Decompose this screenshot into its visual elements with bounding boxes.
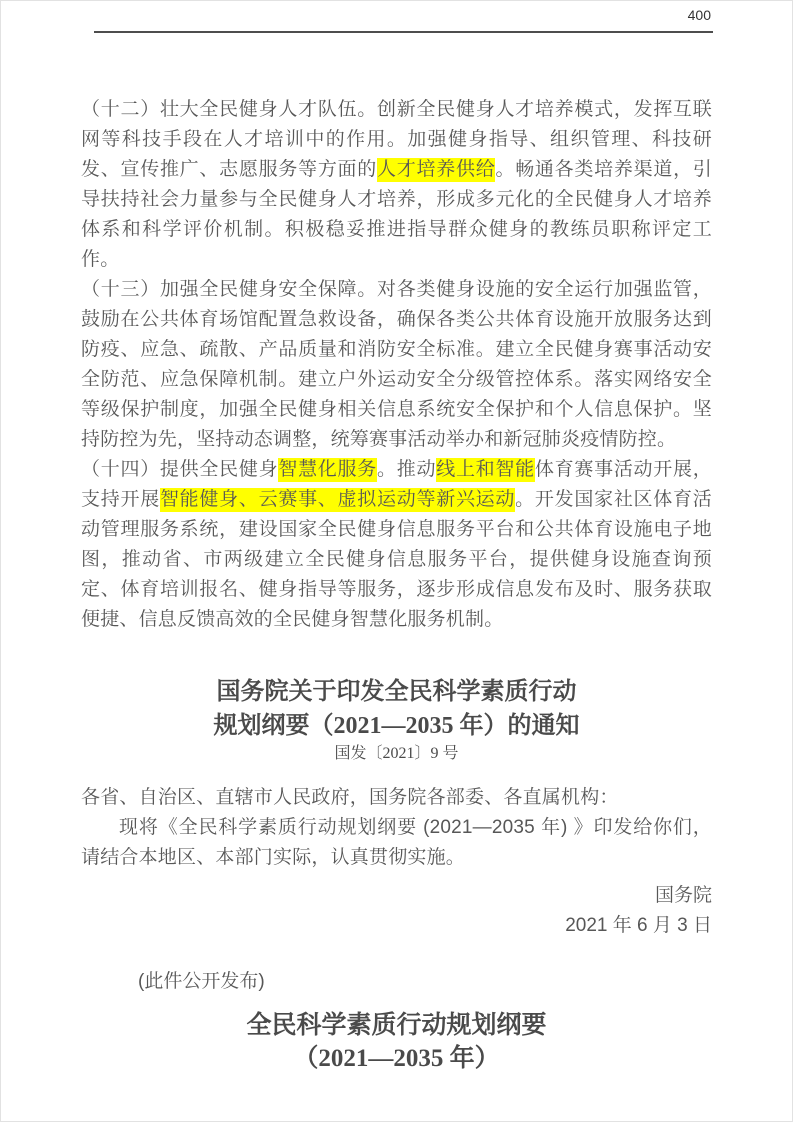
highlighted-text: 人才培养供给 bbox=[377, 158, 495, 182]
document-body: （十二）壮大全民健身人才队伍。创新全民健身人才培养模式，发挥互联网等科技手段在人… bbox=[81, 95, 712, 1075]
notice-title-line2: 规划纲要（2021—2035 年）的通知 bbox=[81, 709, 712, 743]
paragraph-item-14: （十四）提供全民健身智慧化服务。推动线上和智能体育赛事活动开展，支持开展智能健身… bbox=[81, 455, 712, 635]
document-page: 400 （十二）壮大全民健身人才队伍。创新全民健身人才培养模式，发挥互联网等科技… bbox=[0, 0, 793, 1122]
notice-salutation: 各省、自治区、直辖市人民政府，国务院各部委、各直属机构： bbox=[81, 783, 712, 813]
notice-body: 现将《全民科学素质行动规划纲要 (2021—2035 年) 》印发给你们，请结合… bbox=[81, 813, 712, 873]
attachment-title: 全民科学素质行动规划纲要 （2021—2035 年） bbox=[81, 1009, 712, 1075]
notice-title: 国务院关于印发全民科学素质行动 规划纲要（2021—2035 年）的通知 bbox=[81, 675, 712, 743]
notice-title-line1: 国务院关于印发全民科学素质行动 bbox=[81, 675, 712, 709]
paragraph-item-13: （十三）加强全民健身安全保障。对各类健身设施的安全运行加强监管，鼓励在公共体育场… bbox=[81, 275, 712, 455]
attachment-title-line2: （2021—2035 年） bbox=[81, 1042, 712, 1075]
highlighted-text: 线上和智能 bbox=[436, 458, 535, 482]
text-run: 。推动 bbox=[377, 459, 436, 480]
highlighted-text: 智能健身、云赛事、虚拟运动等新兴运动 bbox=[160, 488, 515, 512]
text-run: （十三）加强全民健身安全保障。对各类健身设施的安全运行加强监管，鼓励在公共体育场… bbox=[81, 279, 712, 450]
text-run: （十四）提供全民健身 bbox=[81, 459, 278, 480]
signature-signer: 国务院 bbox=[81, 881, 712, 911]
paragraph-item-12: （十二）壮大全民健身人才队伍。创新全民健身人才培养模式，发挥互联网等科技手段在人… bbox=[81, 95, 712, 275]
page-header: 400 bbox=[81, 1, 712, 33]
page-number: 400 bbox=[81, 7, 712, 23]
highlighted-text: 智慧化服务 bbox=[278, 458, 377, 482]
notice-doc-number: 国发〔2021〕9 号 bbox=[81, 743, 712, 765]
attachment-title-line1: 全民科学素质行动规划纲要 bbox=[81, 1009, 712, 1042]
signature-date: 2021 年 6 月 3 日 bbox=[81, 911, 712, 941]
release-note: (此件公开发布) bbox=[81, 967, 712, 997]
header-rule bbox=[94, 31, 713, 33]
signature-block: 国务院 2021 年 6 月 3 日 bbox=[81, 881, 712, 941]
